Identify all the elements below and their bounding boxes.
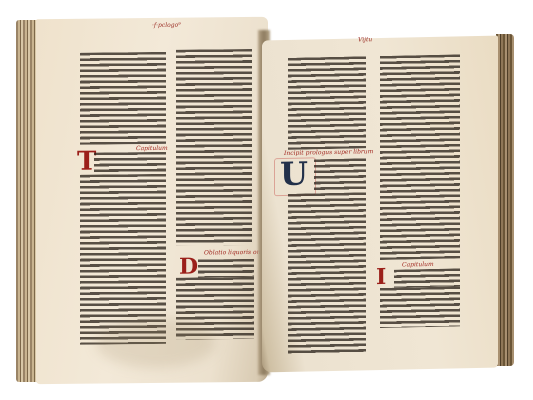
right-page-block-edge	[496, 34, 514, 366]
initial-U: U	[280, 158, 308, 191]
right-col2-text-initial	[394, 268, 460, 287]
right-rubric-2: Capitulum	[402, 261, 434, 269]
left-col2-text-upper	[176, 49, 252, 246]
initial-I: I	[376, 266, 386, 288]
right-col2-text-upper	[380, 54, 460, 260]
right-col1-text-upper	[288, 56, 366, 150]
book-photo: ·f·pclogo⁹ Capitulum T Oblatio liquoris …	[0, 0, 533, 400]
left-col1-text-initial	[94, 152, 166, 175]
right-col1-text-lower	[288, 192, 366, 354]
left-running-head: ·f·pclogo⁹	[152, 22, 181, 29]
left-col2-text-initial	[198, 259, 254, 278]
right-running-head: Vijtu	[358, 36, 372, 43]
right-page: Vijtu Incipit prologus super librum U Ca…	[262, 36, 498, 373]
left-page: ·f·pclogo⁹ Capitulum T Oblatio liquoris …	[36, 17, 268, 384]
right-col1-text-initial	[314, 158, 366, 191]
right-col2-text-lower	[380, 286, 460, 328]
left-page-block-edge	[16, 20, 38, 382]
left-col1-text-upper	[80, 52, 166, 145]
page-stain	[96, 317, 216, 368]
initial-D: D	[179, 256, 198, 278]
